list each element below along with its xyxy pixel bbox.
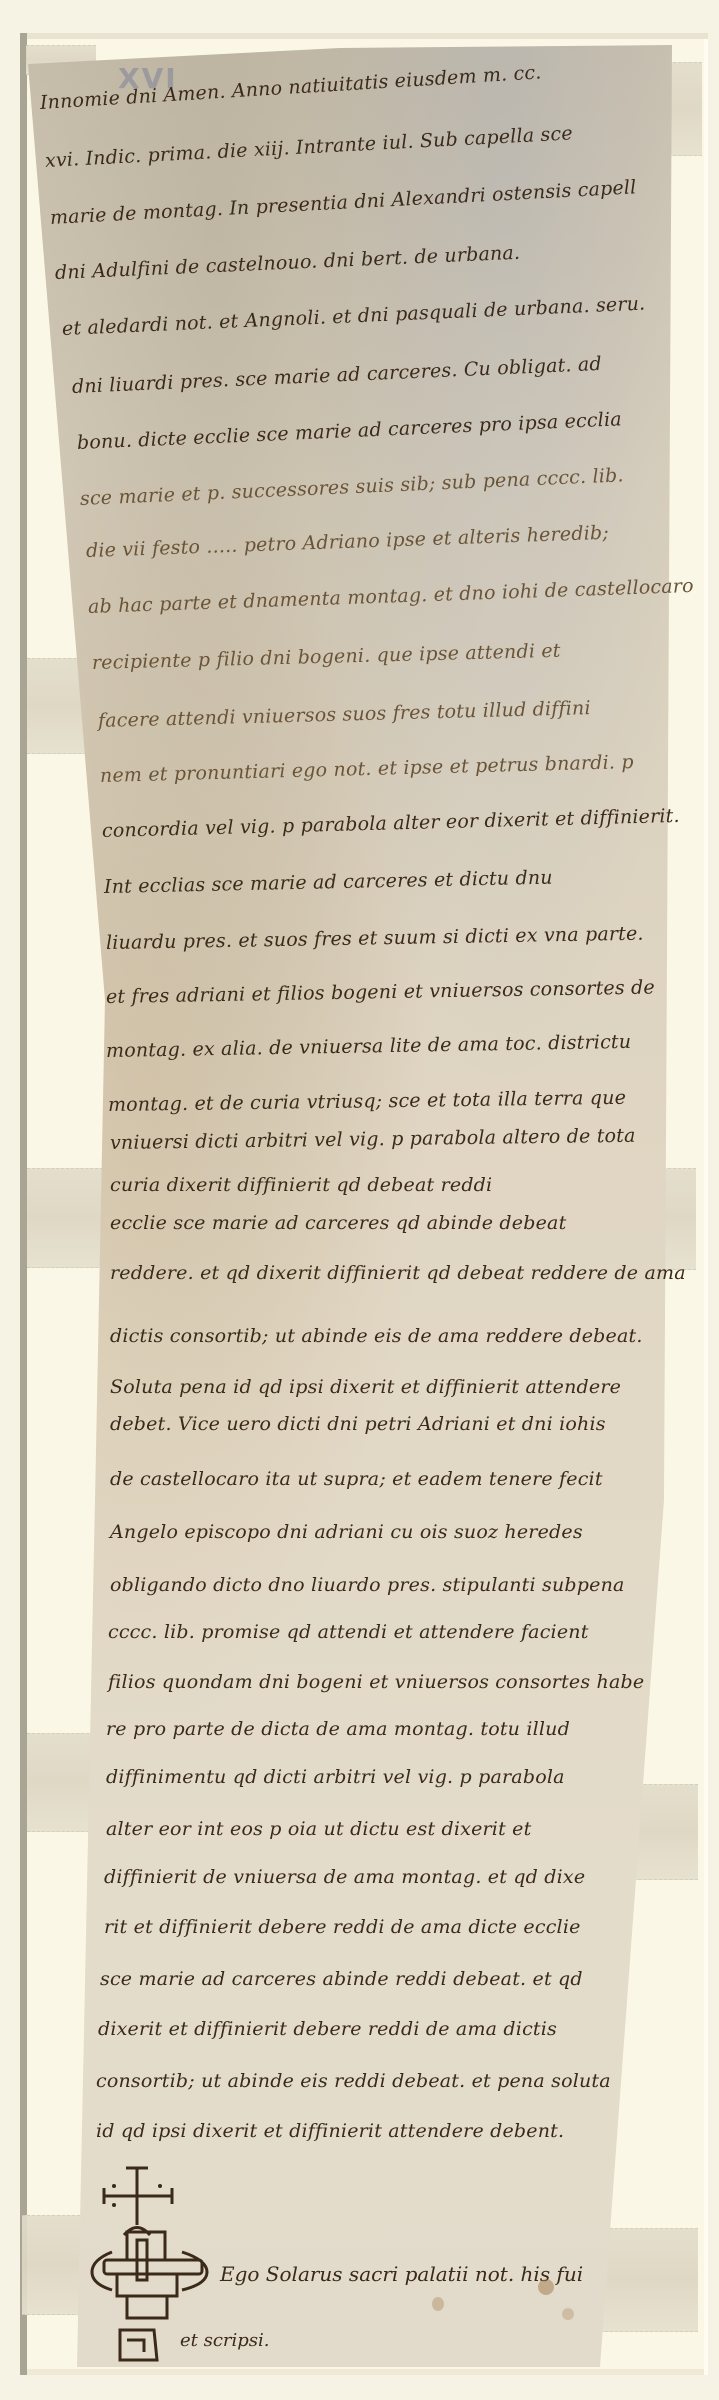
text-line: ab hac parte et dnamenta montag. et dno … <box>88 575 695 618</box>
text-line: obligando dicto dno liuardo pres. stipul… <box>110 1574 625 1596</box>
notary-subscription: Ego Solarus sacri palatii not. his fui <box>220 2262 583 2286</box>
text-line: dictis consortib; ut abinde eis de ama r… <box>110 1325 643 1347</box>
text-line: xvi. Indic. prima. die xiij. Intrante iu… <box>44 122 573 172</box>
text-line: dixerit et diffinierit debere reddi de a… <box>98 2018 557 2040</box>
text-line: recipiente p filio dni bogeni. que ipse … <box>92 640 561 674</box>
text-line: sce marie ad carceres abinde reddi debea… <box>100 1968 583 1990</box>
text-line: Soluta pena id qd ipsi dixerit et diffin… <box>110 1376 621 1398</box>
text-line: alter eor int eos p oia ut dictu est dix… <box>106 1818 531 1840</box>
text-line: vniuersi dicti arbitri vel vig. p parabo… <box>110 1125 636 1154</box>
text-line: marie de montag. In presentia dni Alexan… <box>49 176 637 229</box>
text-line: curia dixerit diffinierit qd debeat redd… <box>110 1174 492 1196</box>
text-line: consortib; ut abinde eis reddi debeat. e… <box>96 2070 611 2092</box>
text-line: ecclie sce marie ad carceres qd abinde d… <box>110 1212 566 1234</box>
notary-subscription-2: et scripsi. <box>180 2330 270 2351</box>
text-line: rit et diffinierit debere reddi de ama d… <box>104 1916 581 1938</box>
text-line: facere attendi vniuersos suos fres totu … <box>98 697 591 732</box>
text-line: de castellocaro ita ut supra; et eadem t… <box>110 1468 603 1490</box>
text-line: montag. et de curia vtriusq; sce et tota… <box>108 1087 626 1116</box>
text-line: Int ecclias sce marie ad carceres et dic… <box>104 867 553 898</box>
text-line: concordia vel vig. p parabola alter eor … <box>102 805 680 842</box>
text-line: nem et pronuntiari ego not. et ipse et p… <box>100 751 634 787</box>
text-line: et aledardi not. et Angnoli. et dni pasq… <box>62 293 646 340</box>
text-line: re pro parte de dicta de ama montag. tot… <box>106 1718 570 1740</box>
text-line: diffinimentu qd dicti arbitri vel vig. p… <box>106 1766 565 1788</box>
text-line: debet. Vice uero dicti dni petri Adriani… <box>110 1413 606 1435</box>
text-line: Innomie dni Amen. Anno natiuitatis eiusd… <box>39 61 542 114</box>
text-line: filios quondam dni bogeni et vniuersos c… <box>108 1671 644 1693</box>
text-line: montag. ex alia. de vniuersa lite de ama… <box>106 1031 632 1062</box>
text-line: cccc. lib. promise qd attendi et attende… <box>108 1621 589 1643</box>
text-line: liuardu pres. et suos fres et suum si di… <box>106 923 644 954</box>
text-line: Angelo episcopo dni adriani cu ois suoz … <box>110 1521 583 1543</box>
text-line: reddere. et qd dixerit diffinierit qd de… <box>110 1262 686 1284</box>
text-line: id qd ipsi dixerit et diffinierit attend… <box>96 2120 564 2142</box>
text-line: et fres adriani et filios bogeni et vniu… <box>106 976 655 1008</box>
text-line: dni liuardi pres. sce marie ad carceres.… <box>72 353 603 398</box>
text-line: dni Adulfini de castelnouo. dni bert. de… <box>55 242 521 284</box>
text-line: diffinierit de vniuersa de ama montag. e… <box>104 1866 585 1888</box>
ink-stain <box>562 2308 574 2320</box>
text-line: sce marie et p. successores suis sib; su… <box>80 464 625 510</box>
text-line: die vii festo ..... petro Adriano ipse e… <box>86 522 610 562</box>
text-line: bonu. dicte ecclie sce marie ad carceres… <box>77 408 623 454</box>
charter-text: Innomie dni Amen. Anno natiuitatis eiusd… <box>0 0 719 2400</box>
ink-stain <box>432 2297 444 2311</box>
ink-stain <box>538 2279 554 2295</box>
